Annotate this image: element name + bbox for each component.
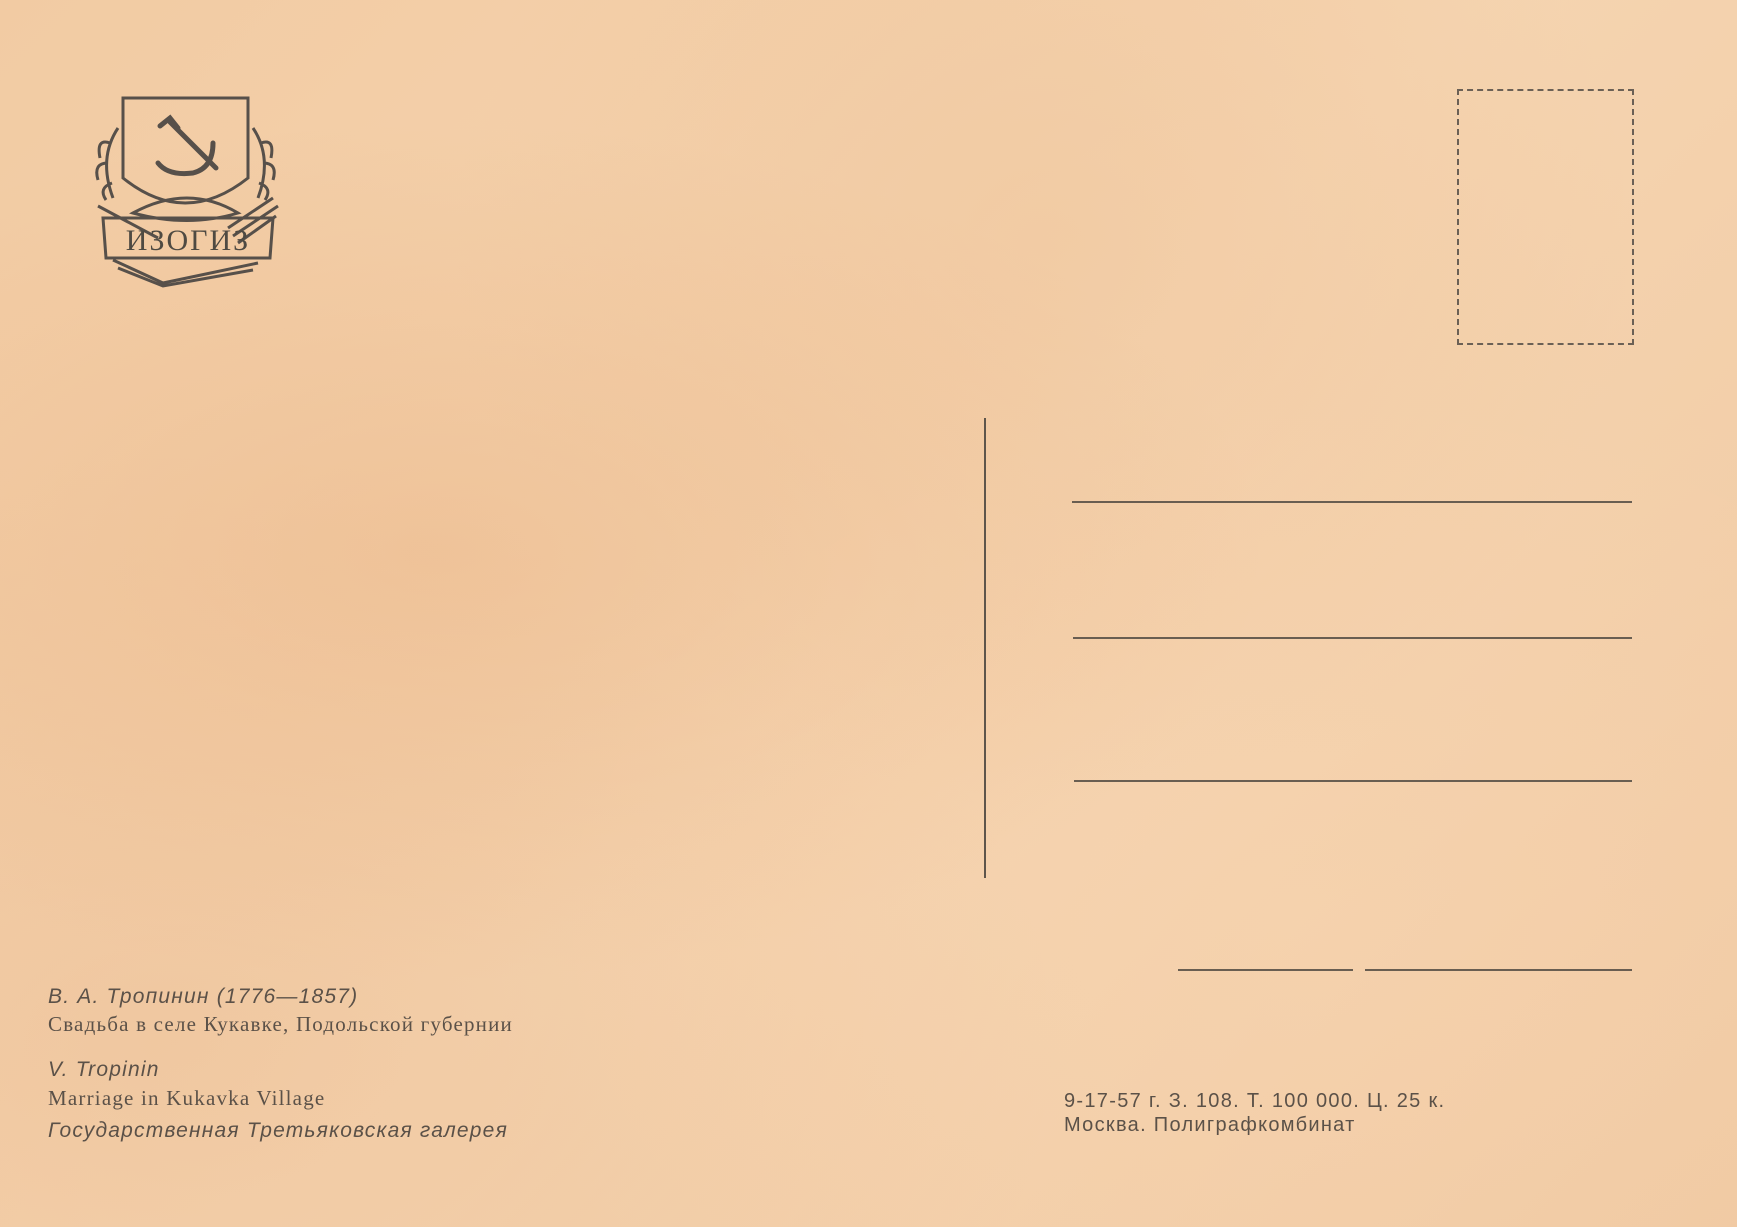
postal-code-line bbox=[1178, 969, 1353, 971]
author-en: V. Tropinin bbox=[48, 1058, 160, 1082]
imprint-line-1: 9-17-57 г. З. 108. Т. 100 000. Ц. 25 к. bbox=[1064, 1090, 1445, 1113]
publisher-name: ИЗОГИЗ bbox=[126, 224, 250, 257]
address-line bbox=[1074, 780, 1632, 782]
gallery-ru: Государственная Третьяковская галерея bbox=[48, 1119, 508, 1143]
title-ru: Свадьба в селе Кукавке, Подольской губер… bbox=[48, 1012, 513, 1037]
publisher-logo: ИЗОГИЗ bbox=[88, 88, 288, 288]
postal-code-line bbox=[1365, 969, 1632, 971]
stamp-placeholder bbox=[1457, 89, 1634, 345]
title-en: Marriage in Kukavka Village bbox=[48, 1086, 325, 1111]
izogiz-emblem-icon: ИЗОГИЗ bbox=[88, 88, 288, 288]
address-line bbox=[1073, 637, 1632, 639]
address-line bbox=[1072, 501, 1632, 503]
imprint-line-2: Москва. Полиграфкомбинат bbox=[1064, 1114, 1356, 1137]
divider-line bbox=[984, 418, 986, 878]
author-ru: В. А. Тропинин (1776—1857) bbox=[48, 985, 358, 1009]
